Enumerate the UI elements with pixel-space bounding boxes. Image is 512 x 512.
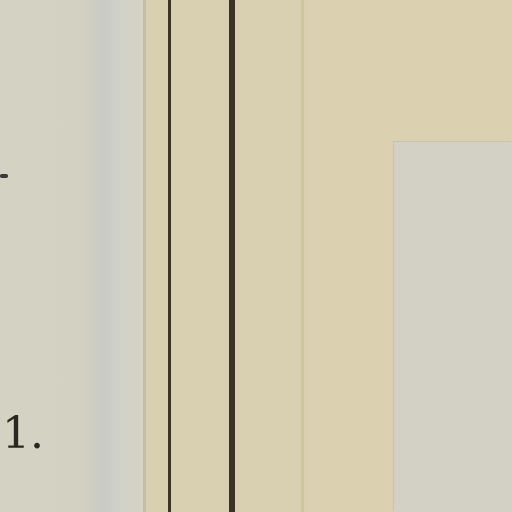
figure-label: 1.: [2, 412, 44, 456]
thick-vertical-rule: [229, 0, 235, 512]
mounted-card: [394, 142, 512, 512]
ink-mark: [0, 174, 8, 178]
thin-vertical-rule: [168, 0, 171, 512]
faint-vertical-rule: [301, 0, 304, 512]
